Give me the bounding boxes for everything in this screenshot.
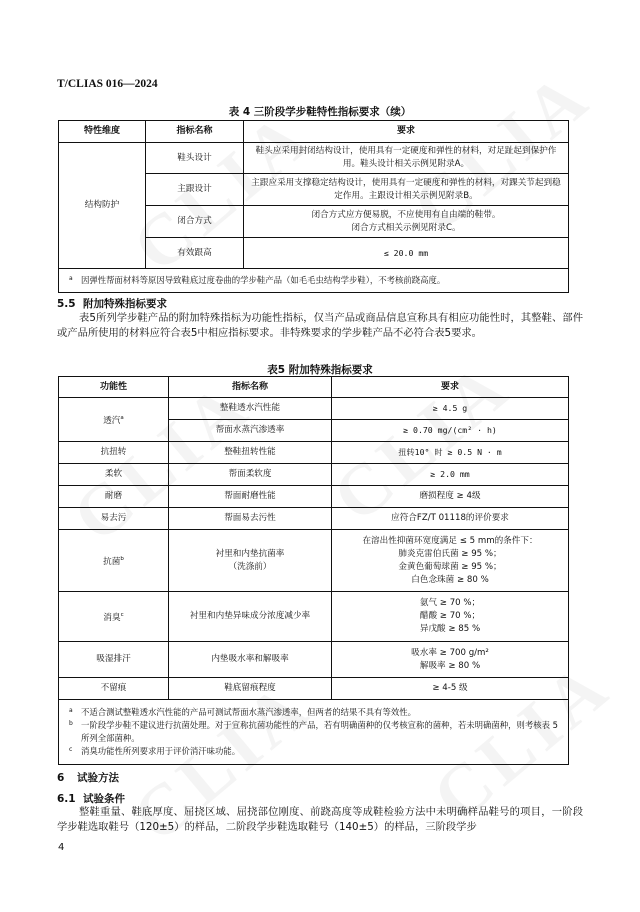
table-row: 不留痕 鞋底留痕程度 ≥ 4-5 级 [59,678,569,700]
section-6-1-body: 整鞋重量、鞋底厚度、屈挠区域、屈挠部位刚度、前跷高度等成鞋检验方法中未明确样品鞋… [57,805,583,835]
req-line: 闭合方式应方便易脱，不应使用有自由端的鞋带。 [248,209,564,222]
table5-cell-req: ≥ 2.0 mm [332,464,569,486]
footnote: b 一阶段学步鞋不建议进行抗菌处理。对于宣称抗菌功能性的产品，若有明确菌种的仅考… [81,719,558,745]
table5-cell-function: 消臭c [59,592,169,642]
table5-cell-name: 衬里和内垫异味成分浓度减少率 [169,592,332,642]
section-heading-6-1: 6.1试验条件 [57,791,125,806]
table4-cell-req: 鞋头应采用封闭结构设计，使用具有一定硬度和弹性的材料，对足趾起到保护作用。鞋头设… [244,143,569,174]
table5-cell-name: 帮面耐磨性能 [169,486,332,508]
table5-cell-req: 吸水率 ≥ 700 g/m² 解吸率 ≥ 80 % [332,642,569,678]
table4-cell-req: 主跟应采用支撑稳定结构设计，使用具有一定硬度和弹性的材料，对踝关节起到稳定作用。… [244,174,569,206]
table5-cell-function: 抗扭转 [59,442,169,464]
table4-cell-name: 有效跟高 [146,238,244,269]
table4: 特性维度 指标名称 要求 结构防护 鞋头设计 鞋头应采用封闭结构设计，使用具有一… [58,120,569,293]
table5-cell-function: 不留痕 [59,678,169,700]
table5-cell-name: 衬里和内垫抗菌率 （洗涤前） [169,530,332,592]
table5-cell-name: 内垫吸水率和解吸率 [169,642,332,678]
table-row: 抗菌b 衬里和内垫抗菌率 （洗涤前） 在溶出性抑菌环宽度满足 ≤ 5 mm的条件… [59,530,569,592]
table-row: 吸湿排汗 内垫吸水率和解吸率 吸水率 ≥ 700 g/m² 解吸率 ≥ 80 % [59,642,569,678]
table5-cell-req: ≥ 4.5 g [332,398,569,420]
table-row: 耐磨 帮面耐磨性能 磨损程度 ≥ 4级 [59,486,569,508]
table5-cell-name: 鞋底留痕程度 [169,678,332,700]
table4-cell-req: ≤ 20.0 mm [244,238,569,269]
table-row: 抗扭转 整鞋扭转性能 扭转10° 时 ≥ 0.5 N · m [59,442,569,464]
table5-cell-req: 磨损程度 ≥ 4级 [332,486,569,508]
req-line: 闭合方式相关示例见附录C。 [248,222,564,235]
page-number: 4 [58,842,64,853]
table5-cell-req: ≥ 0.70 mg/(cm² · h) [332,420,569,442]
table5-cell-name: 整鞋扭转性能 [169,442,332,464]
table5-header-requirement: 要求 [332,377,569,398]
table5-cell-req: 在溶出性抑菌环宽度满足 ≤ 5 mm的条件下： 肺炎克雷伯氏菌 ≥ 95 %； … [332,530,569,592]
table-row: 透汽a 整鞋透水汽性能 ≥ 4.5 g [59,398,569,420]
table5-cell-function: 吸湿排汗 [59,642,169,678]
table5-cell-req: ≥ 4-5 级 [332,678,569,700]
table4-header-dimension: 特性维度 [59,121,146,143]
table-row: 易去污 帮面易去污性 应符合FZ/T 01118的评价要求 [59,508,569,530]
table4-header-name: 指标名称 [146,121,244,143]
table4-cell-name: 主跟设计 [146,174,244,206]
section-title: 试验条件 [83,793,125,805]
document-id: T/CLIAS 016—2024 [57,78,158,90]
section-title: 附加特殊指标要求 [83,298,167,310]
table-row: 柔软 帮面柔软度 ≥ 2.0 mm [59,464,569,486]
table5-cell-req: 扭转10° 时 ≥ 0.5 N · m [332,442,569,464]
table5-cell-name: 帮面柔软度 [169,464,332,486]
section-number: 6.1 [57,793,83,805]
section-number: 5.5 [57,298,83,310]
table5-cell-function: 易去污 [59,508,169,530]
footnote-text: 不适合测试整鞋透水汽性能的产品可测试帮面水蒸汽渗透率，但两者的结果不具有等效性。 [81,707,416,717]
table5-header-name: 指标名称 [169,377,332,398]
footnote-marker: c [69,743,72,756]
table4-cell-name: 鞋头设计 [146,143,244,174]
table5-cell-function: 耐磨 [59,486,169,508]
table4-group-label: 结构防护 [59,143,146,269]
table5-cell-function: 柔软 [59,464,169,486]
table5-title: 表5 附加特殊指标要求 [0,362,640,377]
document-page: CLIA CLIA CLIA CLIA CLIA CLIA T/CLIAS 01… [0,0,640,912]
table-row: 消臭c 衬里和内垫异味成分浓度减少率 氨气 ≥ 70 %； 醋酸 ≥ 70 %；… [59,592,569,642]
table5-notes: a 不适合测试整鞋透水汽性能的产品可测试帮面水蒸汽渗透率，但两者的结果不具有等效… [59,700,569,765]
section-heading-6: 6试验方法 [57,770,119,785]
table5-cell-name: 帮面易去污性 [169,508,332,530]
table4-cell-req: 闭合方式应方便易脱，不应使用有自由端的鞋带。 闭合方式相关示例见附录C。 [244,206,569,238]
table4-title: 表 4 三阶段学步鞋特性指标要求（续） [0,104,640,119]
table4-header-requirement: 要求 [244,121,569,143]
footnote-text: 因弹性帮面材料等原因导致鞋底过度卷曲的学步鞋产品（如毛毛虫结构学步鞋），不考核前… [81,275,445,285]
section-heading-5-5: 5.5附加特殊指标要求 [57,296,167,311]
footnote: a 不适合测试整鞋透水汽性能的产品可测试帮面水蒸汽渗透率，但两者的结果不具有等效… [81,706,558,719]
footnote-marker: a [69,704,73,717]
table5-cell-req: 氨气 ≥ 70 %； 醋酸 ≥ 70 %； 异戊酸 ≥ 85 % [332,592,569,642]
footnote-marker: a [69,272,73,285]
table5: 功能性 指标名称 要求 透汽a 整鞋透水汽性能 ≥ 4.5 g 帮面水蒸汽渗透率… [58,376,569,765]
table4-cell-name: 闭合方式 [146,206,244,238]
section-title: 试验方法 [77,772,119,784]
table5-cell-req: 应符合FZ/T 01118的评价要求 [332,508,569,530]
section-number: 6 [57,772,77,784]
table5-cell-function: 透汽a [59,398,169,442]
table4-note: a 因弹性帮面材料等原因导致鞋底过度卷曲的学步鞋产品（如毛毛虫结构学步鞋），不考… [59,269,569,293]
table5-cell-name: 整鞋透水汽性能 [169,398,332,420]
footnote: c 消臭功能性所列要求用于评价消汗味功能。 [81,745,558,758]
table-row: 结构防护 鞋头设计 鞋头应采用封闭结构设计，使用具有一定硬度和弹性的材料，对足趾… [59,143,569,174]
table5-cell-function: 抗菌b [59,530,169,592]
footnote-marker: b [69,717,73,730]
section-5-5-body: 表5所列学步鞋产品的附加特殊指标为功能性指标，仅当产品或商品信息宣称具有相应功能… [57,311,583,341]
footnote-text: 一阶段学步鞋不建议进行抗菌处理。对于宣称抗菌功能性的产品，若有明确菌种的仅考核宣… [81,720,558,743]
footnote-text: 消臭功能性所列要求用于评价消汗味功能。 [81,746,240,756]
table5-cell-name: 帮面水蒸汽渗透率 [169,420,332,442]
table5-header-function: 功能性 [59,377,169,398]
